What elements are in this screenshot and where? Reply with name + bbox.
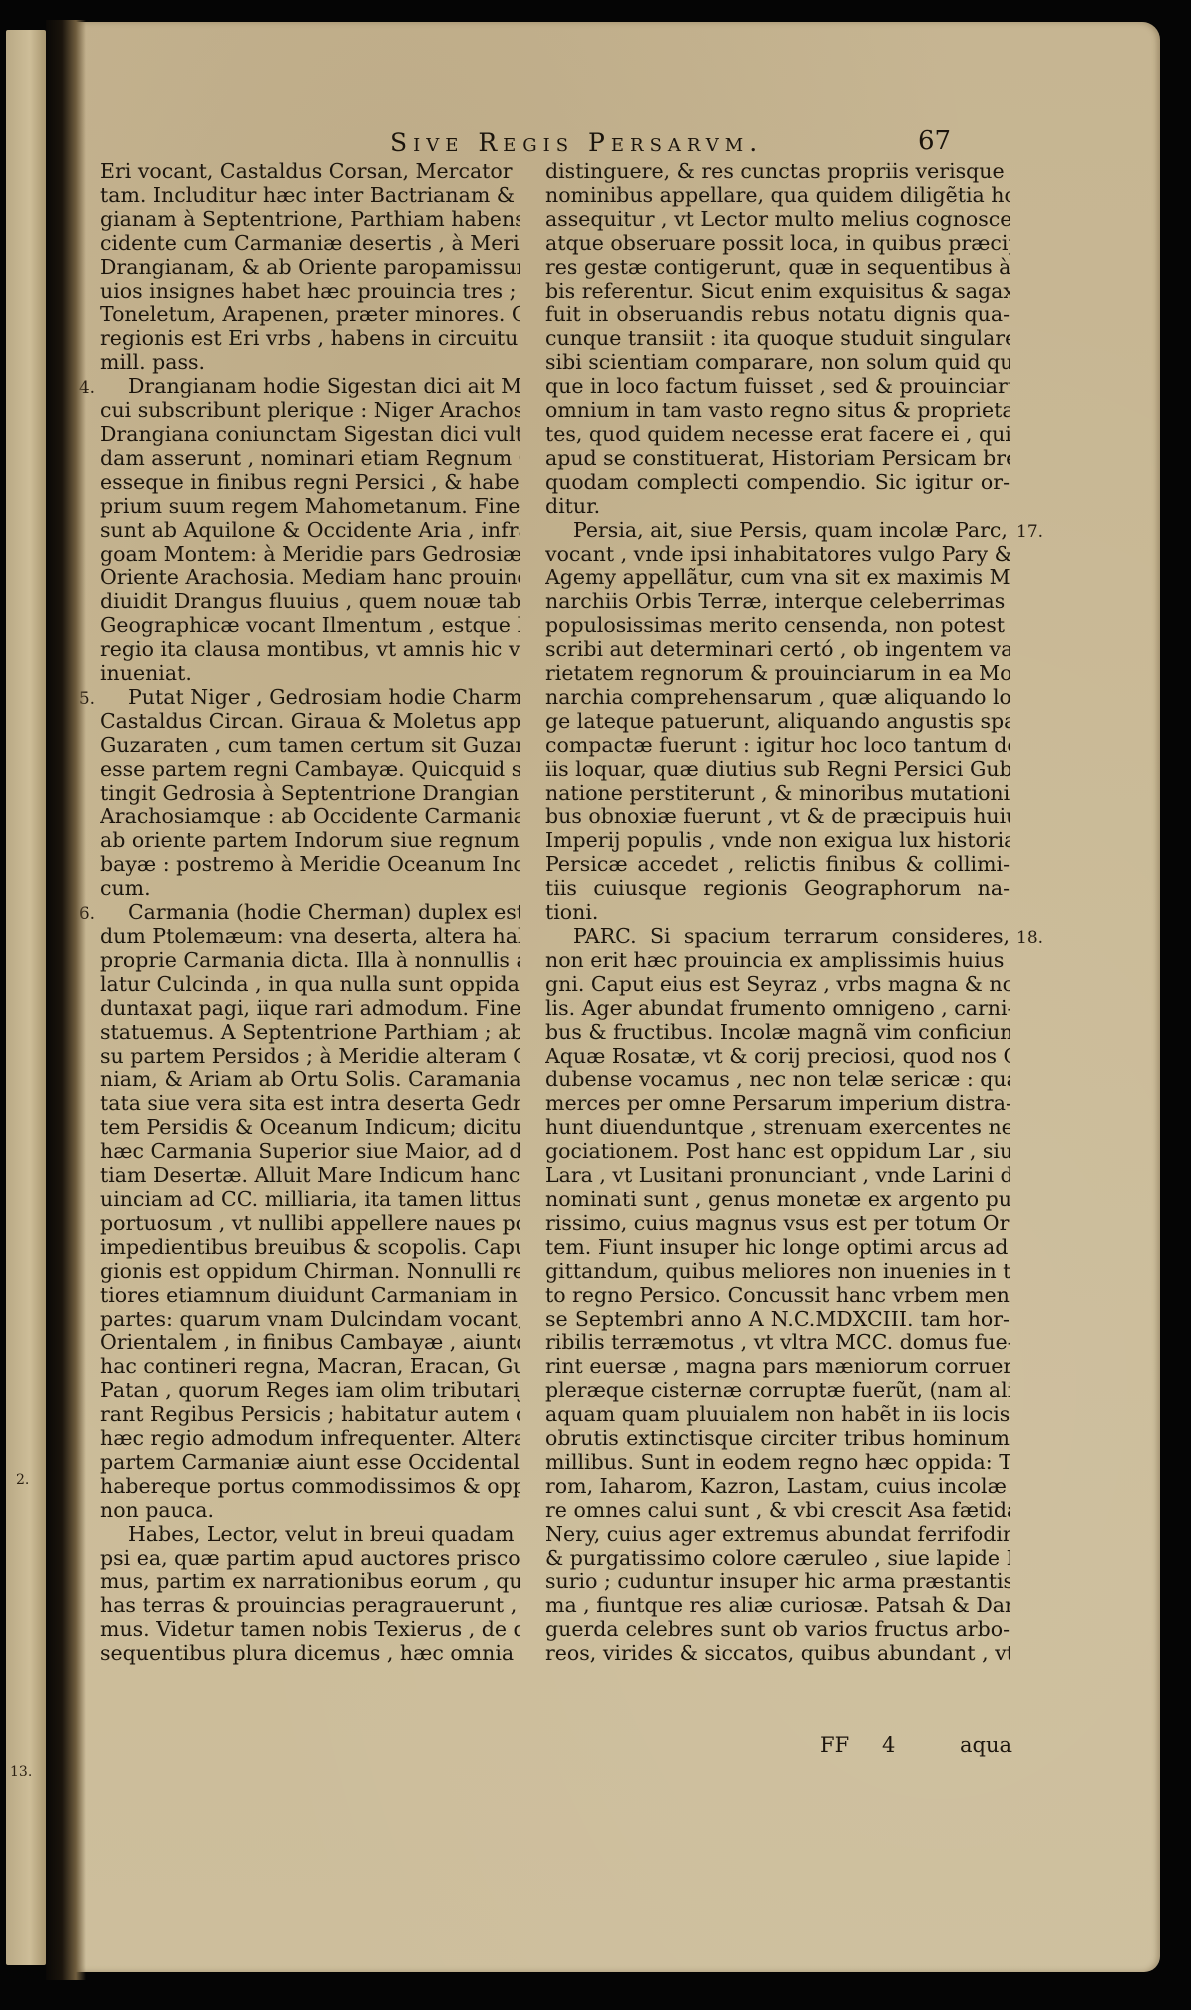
text-line: esseque in finibus regni Persici , & hab…: [100, 471, 520, 495]
text-line: scribi aut determinari certó , ob ingent…: [545, 638, 1010, 662]
text-line: Imperij populis , vnde non exigua lux hi…: [545, 829, 1010, 853]
text-line: Drangiana coniunctam Sigestan dici vult.…: [100, 423, 520, 447]
text-line: Eri vocant, Castaldus Corsan, Mercator S…: [100, 160, 520, 184]
text-line: cui subscribunt plerique : Niger Arachos…: [100, 399, 520, 423]
text-line: regionis est Eri vrbs , habens in circui…: [100, 327, 520, 351]
text-line: portuosum , vt nullibi appellere naues p…: [100, 1212, 520, 1236]
text-line: atque obseruare possit loca, in quibus p…: [545, 232, 1010, 256]
text-line: cum.: [100, 877, 520, 901]
text-line: Nery, cuius ager extremus abundat ferrif…: [545, 1523, 1010, 1547]
text-line: obrutis extinctisque circiter tribus hom…: [545, 1427, 1010, 1451]
text-line: non pauca.: [100, 1499, 520, 1523]
text-line: rom, Iaharom, Kazron, Lastam, cuius inco…: [545, 1475, 1010, 1499]
text-line: Carmania (hodie Cherman) duplex est secu…: [100, 901, 520, 925]
text-line: Arachosiamque : ab Occidente Carmaniam:: [100, 805, 520, 829]
text-line: gni. Caput eius est Seyraz , vrbs magna …: [545, 973, 1010, 997]
right-text-column: distinguere, & res cunctas propriis veri…: [545, 160, 1010, 1666]
book-page: Sive Regis Persarvm. 67 Eri vocant, Cast…: [60, 22, 1160, 1972]
text-line: Geographicæ vocant Ilmentum , estque hæc: [100, 614, 520, 638]
text-line: Lara , vt Lusitani pronunciant , vnde La…: [545, 1164, 1010, 1188]
text-line: sunt ab Aquilone & Occidente Aria , infr…: [100, 519, 520, 543]
text-line: tiam Desertæ. Alluit Mare Indicum hanc P…: [100, 1164, 520, 1188]
text-line: narchia comprehensarum , quæ aliquando l…: [545, 686, 1010, 710]
text-line: has terras & prouincias peragrauerunt , …: [100, 1594, 520, 1618]
text-line: bus obnoxiæ fuerunt , vt & de præcipuis …: [545, 805, 1010, 829]
text-line: partes: quarum vnam Dulcindam vocant, ma…: [100, 1308, 520, 1332]
running-head: Sive Regis Persarvm.: [390, 128, 763, 157]
text-line: Drangianam, & ab Oriente paropamissum. F…: [100, 256, 520, 280]
text-line: dam asserunt , nominari etiam Regnum Cab…: [100, 447, 520, 471]
left-text-column: Eri vocant, Castaldus Corsan, Mercator S…: [100, 160, 520, 1666]
text-line: to regno Persico. Concussit hanc vrbem m…: [545, 1284, 1010, 1308]
text-line: Agemy appellãtur, cum vna sit ex maximis…: [545, 566, 1010, 590]
book-gutter: [46, 20, 86, 1980]
text-line: Aquæ Rosatæ, vt & corij preciosi, quod n…: [545, 1045, 1010, 1069]
text-line: quodam complecti compendio. Sic igitur o…: [545, 471, 1010, 495]
signature-mark: FF: [820, 1733, 849, 1757]
text-line: ditur.: [545, 495, 1010, 519]
text-line: tioni.: [545, 901, 1010, 925]
text-line: rint euersæ , magna pars mæniorum corrue…: [545, 1355, 1010, 1379]
text-line: ge lateque patuerunt, aliquando angustis…: [545, 710, 1010, 734]
text-line: tiores etiamnum diuidunt Carmaniam in du…: [100, 1284, 520, 1308]
text-line: sibi scientiam comparare, non solum quid…: [545, 351, 1010, 375]
text-line: niam, & Ariam ab Ortu Solis. Caramania h…: [100, 1068, 520, 1092]
text-line: apud se constituerat, Historiam Persicam…: [545, 447, 1010, 471]
text-line: gianam à Septentrione, Parthiam habens a…: [100, 208, 520, 232]
text-line: goam Montem: à Meridie pars Gedrosiæ : &…: [100, 543, 520, 567]
text-line: que in loco factum fuisset , sed & proui…: [545, 375, 1010, 399]
text-line: fuit in obseruandis rebus notatu dignis …: [545, 303, 1010, 327]
text-line: partem Carmaniæ aiunt esse Occidentalior…: [100, 1451, 520, 1475]
text-line: duntaxat pagi, iique rari admodum. Fines…: [100, 997, 520, 1021]
text-line: uinciam ad CC. milliaria, ita tamen litt…: [100, 1188, 520, 1212]
text-line: Persicæ accedet , relictis finibus & col…: [545, 853, 1010, 877]
text-line: tata siue vera sita est intra deserta Ge…: [100, 1092, 520, 1116]
text-line: bis referentur. Sicut enim exquisitus & …: [545, 280, 1010, 304]
text-line: omnium in tam vasto regno situs & propri…: [545, 399, 1010, 423]
page-number: 67: [918, 126, 951, 156]
text-line: cunque transiit : ita quoque studuit sin…: [545, 327, 1010, 351]
text-line: impedientibus breuibus & scopolis. Caput…: [100, 1236, 520, 1260]
text-line: bayæ : postremo à Meridie Oceanum Indi-: [100, 853, 520, 877]
text-line: aquam quam pluuialem non habẽt in iis lo…: [545, 1403, 1010, 1427]
text-line: reos, virides & siccatos, quibus abundan…: [545, 1642, 1010, 1666]
text-line: Toneletum, Arapenen, præter minores. Cap…: [100, 303, 520, 327]
text-line: Persia, ait, siue Persis, quam incolæ Pa…: [545, 519, 1010, 543]
text-line: ab oriente partem Indorum siue regnum Ca…: [100, 829, 520, 853]
text-line: iis loquar, quæ diutius sub Regni Persic…: [545, 758, 1010, 782]
text-line: ma , fiuntque res aliæ curiosæ. Patsah &…: [545, 1594, 1010, 1618]
text-line: esse partem regni Cambayæ. Quicquid sit,…: [100, 758, 520, 782]
text-line: rietatem regnorum & prouinciarum in ea M…: [545, 662, 1010, 686]
text-line: populosissimas merito censenda, non pote…: [545, 614, 1010, 638]
text-line: sequentibus plura dicemus , hæc omnia me…: [100, 1642, 520, 1666]
previous-page-margin-number: 2.: [16, 1472, 29, 1488]
text-line: PARC. Si spacium terrarum consideres,: [545, 925, 1010, 949]
text-line: Putat Niger , Gedrosiam hodie Charman di…: [100, 686, 520, 710]
text-line: Orientalem , in finibus Cambayæ , aiuntq…: [100, 1331, 520, 1355]
text-line: tem. Fiunt insuper hic longe optimi arcu…: [545, 1236, 1010, 1260]
text-line: res gestæ contigerunt, quæ in sequentibu…: [545, 256, 1010, 280]
text-line: assequitur , vt Lector multo melius cogn…: [545, 208, 1010, 232]
text-line: su partem Persidos ; à Meridie alteram C…: [100, 1045, 520, 1069]
text-line: hæc regio admodum infrequenter. Alteram: [100, 1427, 520, 1451]
text-line: diuidit Drangus fluuius , quem nouæ tabu…: [100, 590, 520, 614]
text-line: mill. pass.: [100, 351, 520, 375]
text-line: tiis cuiusque regionis Geographorum na-: [545, 877, 1010, 901]
text-line: cidente cum Carmaniæ desertis , à Meridi…: [100, 232, 520, 256]
text-line: uios insignes habet hæc prouincia tres ;…: [100, 280, 520, 304]
text-line: latur Culcinda , in qua nulla sunt oppid…: [100, 973, 520, 997]
text-line: compactæ fuerunt : igitur hoc loco tantu…: [545, 734, 1010, 758]
text-line: rissimo, cuius magnus vsus est per totum…: [545, 1212, 1010, 1236]
text-line: hunt diuenduntque , strenuam exercentes …: [545, 1116, 1010, 1140]
text-line: nominati sunt , genus monetæ ex argento …: [545, 1188, 1010, 1212]
previous-page-margin-number: 13.: [10, 1764, 32, 1780]
text-line: psi ea, quæ partim apud auctores priscos…: [100, 1547, 520, 1571]
text-line: bus & fructibus. Incolæ magnã vim confic…: [545, 1021, 1010, 1045]
text-line: pleræque cisternæ corruptæ fuerũt, (nam …: [545, 1379, 1010, 1403]
text-line: mus. Videtur tamen nobis Texierus , de q…: [100, 1618, 520, 1642]
text-line: habereque portus commodissimos & oppida: [100, 1475, 520, 1499]
text-line: surio ; cuduntur insuper hic arma præsta…: [545, 1570, 1010, 1594]
text-line: gociationem. Post hanc est oppidum Lar ,…: [545, 1140, 1010, 1164]
text-line: Patan , quorum Reges iam olim tributarij…: [100, 1379, 520, 1403]
signature-number: 4: [882, 1733, 895, 1757]
text-line: vocant , vnde ipsi inhabitatores vulgo P…: [545, 543, 1010, 567]
text-line: lis. Ager abundat frumento omnigeno , ca…: [545, 997, 1010, 1021]
text-line: gittandum, quibus meliores non inuenies …: [545, 1260, 1010, 1284]
text-line: dum Ptolemæum: vna deserta, altera habit…: [100, 925, 520, 949]
text-line: Habes, Lector, velut in breui quadam Syn…: [100, 1523, 520, 1547]
section-number: 17.: [1016, 522, 1043, 542]
text-line: statuemus. A Septentrione Parthiam ; ab …: [100, 1021, 520, 1045]
text-line: re omnes calui sunt , & vbi crescit Asa …: [545, 1499, 1010, 1523]
text-line: mus, partim ex narrationibus eorum , qui…: [100, 1570, 520, 1594]
text-line: guerda celebres sunt ob varios fructus a…: [545, 1618, 1010, 1642]
text-line: non erit hæc prouincia ex amplissimis hu…: [545, 949, 1010, 973]
text-line: narchiis Orbis Terræ, interque celeberri…: [545, 590, 1010, 614]
text-line: ribilis terræmotus , vt vltra MCC. domus…: [545, 1331, 1010, 1355]
text-line: hæc Carmania Superior siue Maior, ad dif…: [100, 1140, 520, 1164]
text-line: gionis est oppidum Chirman. Nonnulli rec…: [100, 1260, 520, 1284]
text-line: natione perstiterunt , & minoribus mutat…: [545, 782, 1010, 806]
text-line: nominibus appellare, qua quidem diligẽti…: [545, 184, 1010, 208]
text-line: Oriente Arachosia. Mediam hanc prouincia…: [100, 566, 520, 590]
text-line: Guzaraten , cum tamen certum sit Guzarat…: [100, 734, 520, 758]
text-line: merces per omne Persarum imperium distra…: [545, 1092, 1010, 1116]
text-line: millibus. Sunt in eodem regno hæc oppida…: [545, 1451, 1010, 1475]
text-line: tes, quod quidem necesse erat facere ei …: [545, 423, 1010, 447]
previous-page-edge: [6, 30, 46, 1965]
text-line: inueniat.: [100, 662, 520, 686]
text-line: hac contineri regna, Macran, Eracan, Gua…: [100, 1355, 520, 1379]
text-line: Castaldus Circan. Giraua & Moletus appel…: [100, 710, 520, 734]
catchword: aqua: [960, 1733, 1012, 1757]
text-line: distinguere, & res cunctas propriis veri…: [545, 160, 1010, 184]
text-line: se Septembri anno A N.C.MDXCIII. tam hor…: [545, 1308, 1010, 1332]
section-number: 18.: [1016, 928, 1043, 948]
text-line: proprie Carmania dicta. Illa à nonnullis…: [100, 949, 520, 973]
text-line: dubense vocamus , nec non telæ sericæ : …: [545, 1068, 1010, 1092]
text-line: prium suum regem Mahometanum. Fines eius: [100, 495, 520, 519]
text-line: regio ita clausa montibus, vt amnis hic …: [100, 638, 520, 662]
text-line: rant Regibus Persicis ; habitatur autem …: [100, 1403, 520, 1427]
text-line: tem Persidis & Oceanum Indicum; dicitur …: [100, 1116, 520, 1140]
text-line: tam. Includitur hæc inter Bactrianam & M…: [100, 184, 520, 208]
text-line: tingit Gedrosia à Septentrione Drangiana…: [100, 782, 520, 806]
text-line: Drangianam hodie Sigestan dici ait Merca…: [100, 375, 520, 399]
text-line: & purgatissimo colore cæruleo , siue lap…: [545, 1547, 1010, 1571]
